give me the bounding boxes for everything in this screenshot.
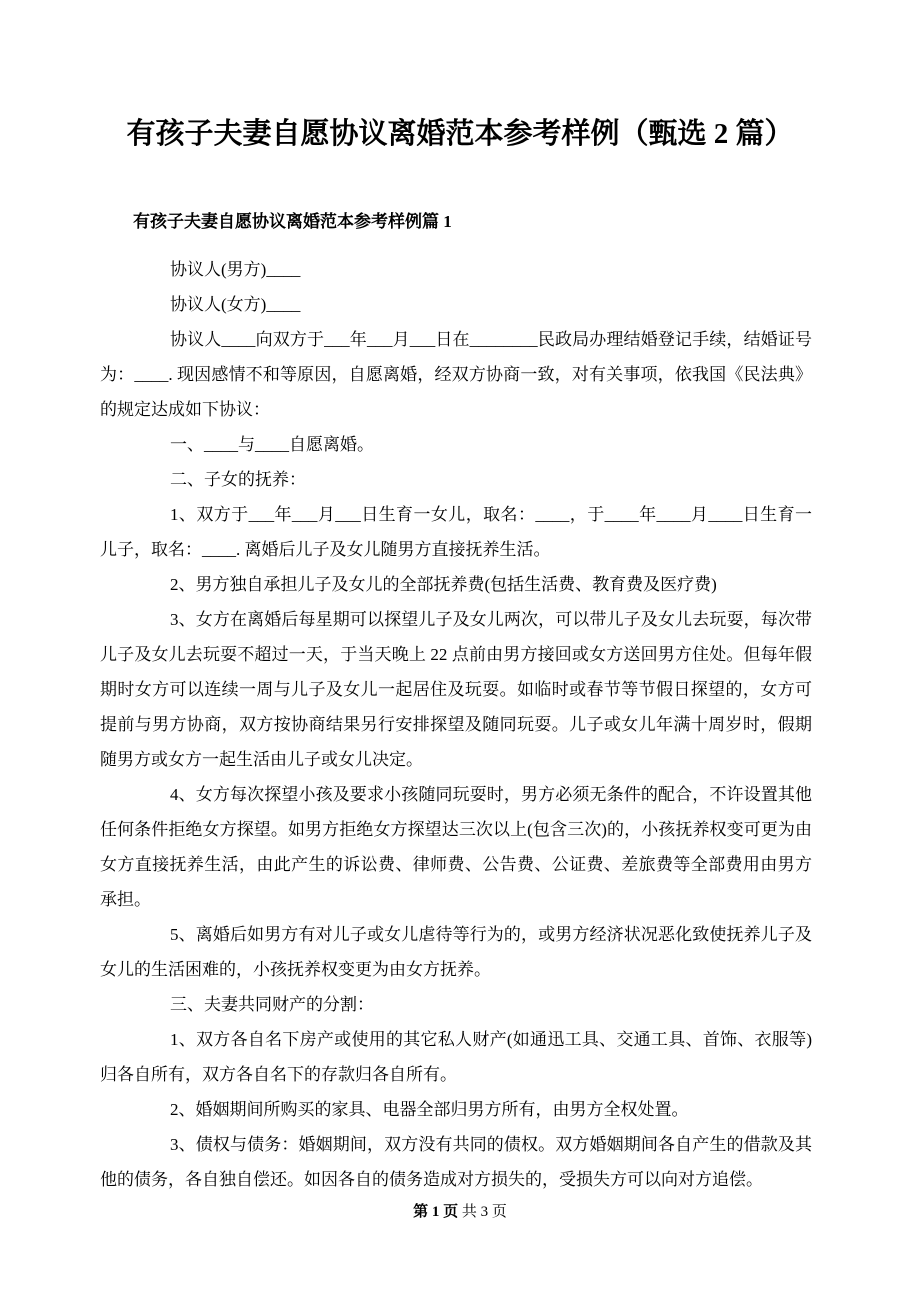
document-page: 有孩子夫妻自愿协议离婚范本参考样例（甄选 2 篇） 有孩子夫妻自愿协议离婚范本参… [0, 0, 920, 1302]
paragraph-intro: 协议人____向双方于___年___月___日在________民政局办理结婚登… [100, 322, 812, 427]
page-footer: 第 1 页 共 3 页 [0, 1197, 920, 1227]
paragraph-clause-3-3: 3、债权与债务：婚姻期间，双方没有共同的债权。双方婚姻期间各自产生的借款及其他的… [100, 1127, 812, 1197]
document-body: 协议人(男方)____ 协议人(女方)____ 协议人____向双方于___年_… [100, 252, 812, 1197]
paragraph-clause-3: 三、夫妻共同财产的分割： [100, 987, 812, 1022]
paragraph-clause-3-2: 2、婚姻期间所购买的家具、电器全部归男方所有，由男方全权处置。 [100, 1092, 812, 1127]
paragraph-clause-2-2: 2、男方独自承担儿子及女儿的全部抚养费(包括生活费、教育费及医疗费) [100, 567, 812, 602]
paragraph-clause-2-4: 4、女方每次探望小孩及要求小孩随同玩耍时，男方必须无条件的配合，不许设置其他任何… [100, 777, 812, 917]
page-number-current: 第 1 页 [413, 1204, 458, 1220]
paragraph-clause-1: 一、____与____自愿离婚。 [100, 427, 812, 462]
paragraph-clause-2-5: 5、离婚后如男方有对儿子或女儿虐待等行为的，或男方经济状况恶化致使抚养儿子及女儿… [100, 917, 812, 987]
document-title: 有孩子夫妻自愿协议离婚范本参考样例（甄选 2 篇） [0, 0, 920, 156]
paragraph-party-male: 协议人(男方)____ [100, 252, 812, 287]
paragraph-clause-2-3: 3、女方在离婚后每星期可以探望儿子及女儿两次，可以带儿子及女儿去玩耍，每次带儿子… [100, 602, 812, 777]
paragraph-clause-2-1: 1、双方于___年___月___日生育一女儿，取名：____，于____年___… [100, 497, 812, 567]
paragraph-clause-3-1: 1、双方各自名下房产或使用的其它私人财产(如通迅工具、交通工具、首饰、衣服等)归… [100, 1022, 812, 1092]
paragraph-clause-2: 二、子女的抚养： [100, 462, 812, 497]
paragraph-party-female: 协议人(女方)____ [100, 287, 812, 322]
page-number-total: 共 3 页 [462, 1204, 507, 1220]
section-heading: 有孩子夫妻自愿协议离婚范本参考样例篇 1 [133, 204, 812, 239]
